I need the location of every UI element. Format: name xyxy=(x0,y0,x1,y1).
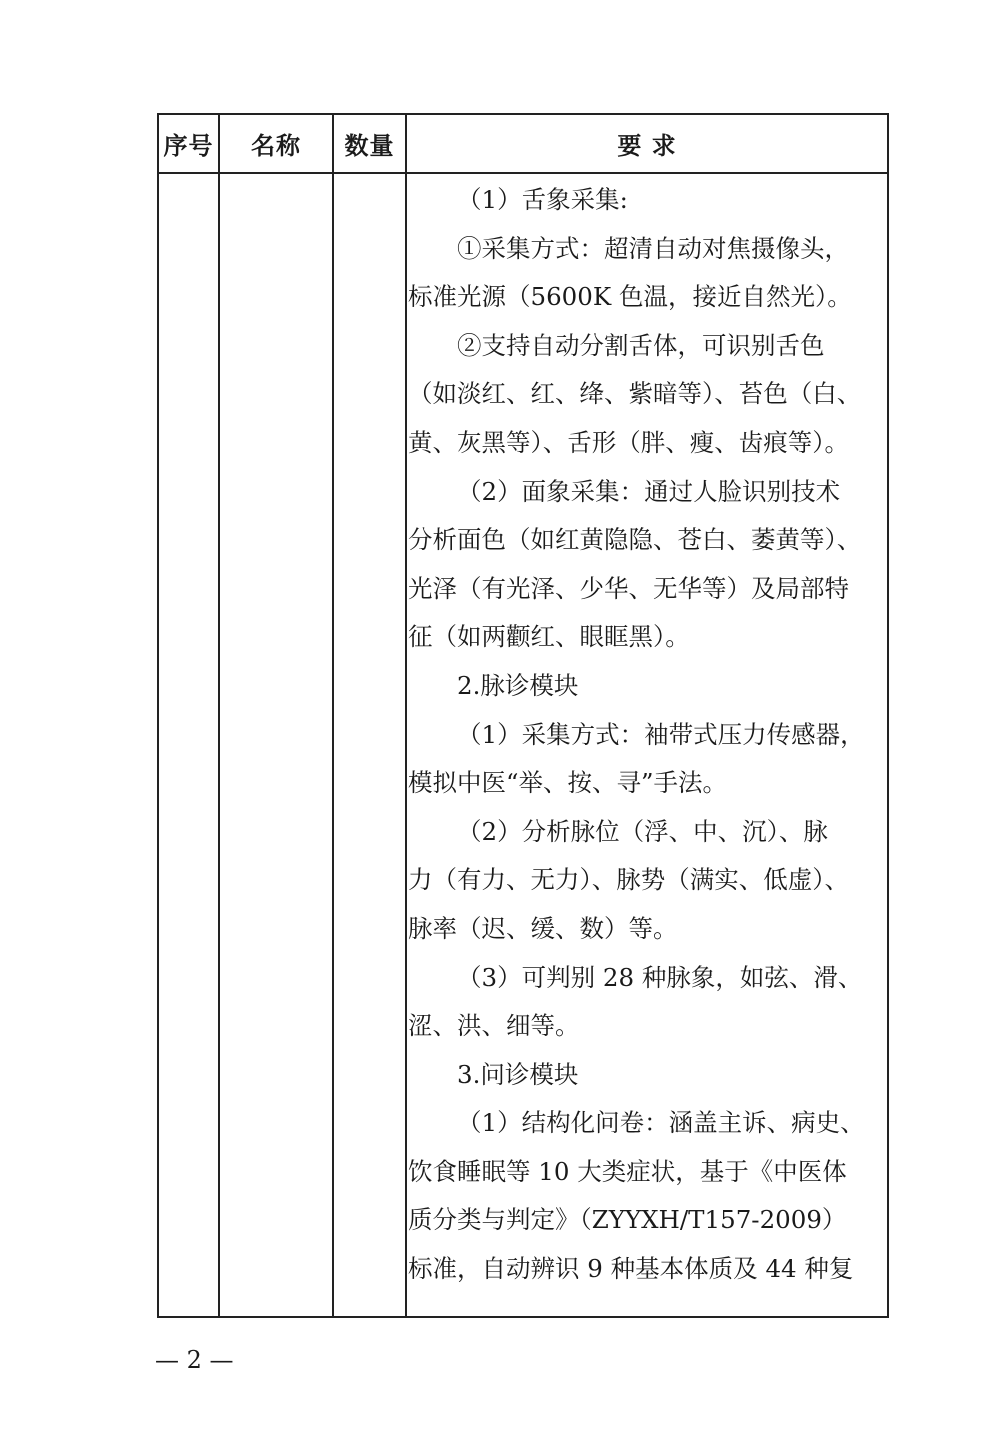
requirement-line: 脉率（迟、缓、数）等。 xyxy=(408,905,886,954)
requirement-line: ①采集方式：超清自动对焦摄像头， xyxy=(408,225,886,274)
requirement-line: 标准光源（5600K 色温，接近自然光）。 xyxy=(408,273,886,322)
requirement-line: 光泽（有光泽、少华、无华等）及局部特 xyxy=(408,565,886,614)
requirement-line: （1）采集方式：袖带式压力传感器， xyxy=(408,711,886,760)
requirement-line: ②支持自动分割舌体，可识别舌色 xyxy=(408,322,886,371)
requirement-line: （3）可判别 28 种脉象，如弦、滑、 xyxy=(408,954,886,1003)
requirements-table: 序号 名称 数量 要 求 （1）舌象采集:①采集方式：超清自动对焦摄像头，标准光… xyxy=(157,113,889,1318)
requirement-line: 质分类与判定》（ZYYXH/T157-2009） xyxy=(408,1196,886,1245)
header-quantity: 数量 xyxy=(334,115,405,172)
requirement-line: 饮食睡眠等 10 大类症状，基于《中医体 xyxy=(408,1148,886,1197)
requirement-line: 2.脉诊模块 xyxy=(408,662,886,711)
page-number: — 2 — xyxy=(155,1346,234,1374)
requirement-line: 涩、洪、细等。 xyxy=(408,1002,886,1051)
requirement-line: 力（有力、无力）、脉势（满实、低虚）、 xyxy=(408,856,886,905)
requirement-line: （如淡红、红、绛、紫暗等）、苔色（白、 xyxy=(408,370,886,419)
requirement-line: （2）分析脉位（浮、中、沉）、脉 xyxy=(408,808,886,857)
column-divider xyxy=(218,115,220,1316)
requirement-line: 标准，自动辨识 9 种基本体质及 44 种复 xyxy=(408,1245,886,1294)
requirement-line: 分析面色（如红黄隐隐、苍白、萎黄等）、 xyxy=(408,516,886,565)
requirement-line: 3.问诊模块 xyxy=(408,1051,886,1100)
header-index: 序号 xyxy=(159,115,218,172)
requirements-cell: （1）舌象采集:①采集方式：超清自动对焦摄像头，标准光源（5600K 色温，接近… xyxy=(408,176,886,1294)
requirement-line: （2）面象采集：通过人脸识别技术 xyxy=(408,468,886,517)
header-name: 名称 xyxy=(220,115,332,172)
requirement-line: 黄、灰黑等）、舌形（胖、瘦、齿痕等）。 xyxy=(408,419,886,468)
requirement-line: （1）结构化问卷：涵盖主诉、病史、 xyxy=(408,1099,886,1148)
requirement-line: 模拟中医“举、按、寻”手法。 xyxy=(408,759,886,808)
requirement-line: （1）舌象采集: xyxy=(408,176,886,225)
header-requirements: 要 求 xyxy=(407,115,887,172)
table-header-row: 序号 名称 数量 要 求 xyxy=(159,115,887,174)
column-divider xyxy=(405,115,407,1316)
column-divider xyxy=(332,115,334,1316)
requirement-line: 征（如两颧红、眼眶黑）。 xyxy=(408,613,886,662)
